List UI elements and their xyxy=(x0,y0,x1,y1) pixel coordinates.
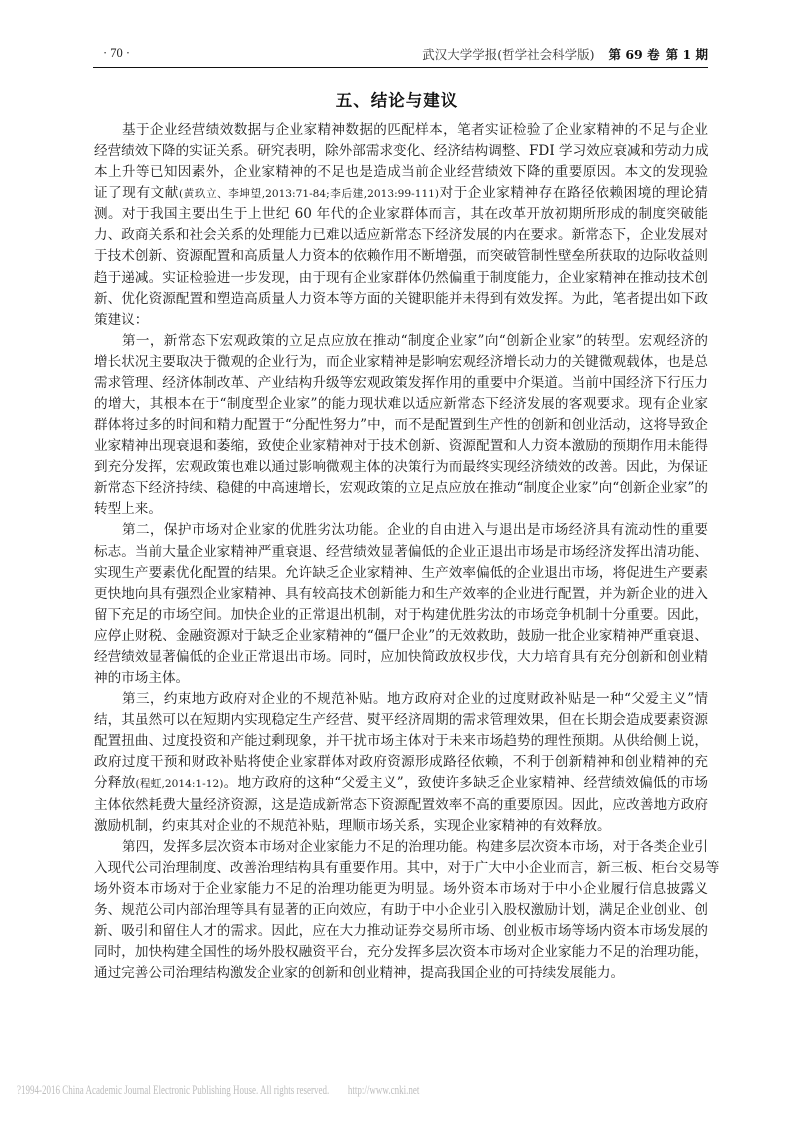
text-segment: 力、政商关系和社会关系的处理能力已难以适应新常态下经济发展的内在要求。新常态下，… xyxy=(94,227,708,243)
text-line: 增长状况主要取决于微观的企业行为，而企业家精神是影响宏观经济增长动力的关键微观载… xyxy=(94,352,708,373)
section-title: 五、结论与建议 xyxy=(0,91,794,111)
text-line: 实现生产要素优化配置的结果。允许缺乏企业家精神、生产效率偏低的企业退出市场，将促… xyxy=(94,563,708,584)
text-segment: 第三，约束地方政府对企业的不规范补贴。地方政府对企业的过度财政补贴是一种“父爱主… xyxy=(122,691,708,707)
text-line: 同时，加快构建全国性的场外股权融资平台，充分发挥多层次资本市场对企业家能力不足的… xyxy=(94,942,708,963)
issue-number: 第 1 期 xyxy=(666,47,708,62)
text-line: 通过完善公司治理结构激发企业家的创新和创业精神，提高我国企业的可持续发展能力。 xyxy=(94,963,708,984)
journal-title: 武汉大学学报(哲学社会科学版) xyxy=(422,47,594,62)
text-line: 第四，发挥多层次资本市场对企业家能力不足的治理功能。构建多层次资本市场，对于各类… xyxy=(94,837,708,858)
copyright-notice: ?1994-2016 China Academic Journal Electr… xyxy=(17,1083,329,1097)
text-line: 分释放(程虹,2014:1-12)。地方政府的这种“父爱主义”，致使许多缺乏企业… xyxy=(94,773,708,794)
text-segment: 。地方政府的这种“父爱主义”，致使许多缺乏企业家精神、经营绩效偏低的市场 xyxy=(223,775,708,791)
text-line: 结，其虽然可以在短期内实现稳定生产经营、熨平经济周期的需求管理效果，但在长期会造… xyxy=(94,710,708,731)
text-segment: 场外资本市场对于企业家能力不足的治理功能更为明显。场外资本市场对于中小企业履行信… xyxy=(94,881,708,897)
text-segment: 留下充足的市场空间。加快企业的正常退出机制，对于构建优胜劣汰的市场竞争机制十分重… xyxy=(94,607,708,623)
text-line: 标志。当前大量企业家精神严重衰退、经营绩效显著偏低的企业正退出市场是市场经济发挥… xyxy=(94,542,708,563)
text-segment: 第四，发挥多层次资本市场对企业家能力不足的治理功能。构建多层次资本市场，对于各类… xyxy=(122,839,708,855)
text-segment: 新、优化资源配置和塑造高质量人力资本等方面的关键职能并未得到有效发挥。为此，笔者… xyxy=(94,291,708,307)
text-segment: 基于企业经营绩效数据与企业家精神数据的匹配样本，笔者实证检验了企业家精神的不足与… xyxy=(122,122,708,138)
text-segment: 配置扭曲、过度投资和产能过剩现象，并干扰市场主体对于未来市场趋势的理性预期。从供… xyxy=(94,733,708,749)
text-line: 基于企业经营绩效数据与企业家精神数据的匹配样本，笔者实证检验了企业家精神的不足与… xyxy=(94,120,708,141)
paragraph: 第一，新常态下宏观政策的立足点应放在推动“制度企业家”向“创新企业家”的转型。宏… xyxy=(94,331,708,521)
text-segment: 务、规范公司内部治理等具有显著的正向效应，有助于中小企业引入股权激励计划，满足企… xyxy=(94,902,708,918)
text-segment: 通过完善公司治理结构激发企业家的创新和创业精神，提高我国企业的可持续发展能力。 xyxy=(94,965,624,981)
text-segment: 实现生产要素优化配置的结果。允许缺乏企业家精神、生产效率偏低的企业退出市场，将促… xyxy=(94,565,708,581)
text-line: 新、吸引和留住人才的需求。因此，应在大力推动证券交易所市场、创业板市场等场内资本… xyxy=(94,921,708,942)
text-line: 的增大，其根本在于“制度型企业家”的能力现状难以适应新常态下经济发展的客观要求。… xyxy=(94,394,708,415)
citation: (程虹,2014:1-12) xyxy=(136,778,224,790)
journal-info: 武汉大学学报(哲学社会科学版)第 69 卷第 1 期 xyxy=(422,45,708,63)
text-segment: 到充分发挥，宏观政策也难以通过影响微观主体的决策行为而最终实现经济绩效的改善。因… xyxy=(94,459,708,475)
text-segment: 业家精神出现衰退和萎缩，致使企业家精神对于技术创新、资源配置和人力资本激励的预期… xyxy=(94,438,708,454)
text-line: 转型上来。 xyxy=(94,499,708,520)
text-line: 政府过度干预和财政补贴将使企业家群体对政府资源形成路径依赖，不利于创新精神和创业… xyxy=(94,752,708,773)
text-line: 入现代公司治理制度、改善治理结构具有重要作用。其中，对于广大中小企业而言，新三板… xyxy=(94,858,708,879)
text-segment: 于技术创新、资源配置和高质量人力资本的依赖作用不断增强，而突破管制性壁垒所获取的… xyxy=(94,248,708,264)
paragraph: 基于企业经营绩效数据与企业家精神数据的匹配样本，笔者实证检验了企业家精神的不足与… xyxy=(94,120,708,331)
footer-url: http://www.cnki.net xyxy=(348,1083,419,1097)
text-segment: 激励机制，约束其对企业的不规范补贴，理顺市场关系，实现企业家精神的有效释放。 xyxy=(94,818,611,834)
text-segment: 转型上来。 xyxy=(94,501,162,517)
text-segment: 入现代公司治理制度、改善治理结构具有重要作用。其中，对于广大中小企业而言，新三板… xyxy=(94,860,719,876)
text-line: 配置扭曲、过度投资和产能过剩现象，并干扰市场主体对于未来市场趋势的理性预期。从供… xyxy=(94,731,708,752)
page-number: · 70 · xyxy=(103,46,130,61)
copyright-footer: ?1994-2016 China Academic Journal Electr… xyxy=(17,1083,419,1098)
text-segment: 测。对于我国主要出生于上世纪 60 年代的企业家群体而言，其在改革开放初期所形成… xyxy=(94,206,708,222)
text-line: 力、政商关系和社会关系的处理能力已难以适应新常态下经济发展的内在要求。新常态下，… xyxy=(94,225,708,246)
text-line: 于技术创新、资源配置和高质量人力资本的依赖作用不断增强，而突破管制性壁垒所获取的… xyxy=(94,246,708,267)
text-segment: 的增大，其根本在于“制度型企业家”的能力现状难以适应新常态下经济发展的客观要求。… xyxy=(94,396,708,412)
text-line: 第二，保护市场对企业家的优胜劣汰功能。企业的自由进入与退出是市场经济具有流动性的… xyxy=(94,520,708,541)
text-segment: 同时，加快构建全国性的场外股权融资平台，充分发挥多层次资本市场对企业家能力不足的… xyxy=(94,944,708,960)
text-line: 第一，新常态下宏观政策的立足点应放在推动“制度企业家”向“创新企业家”的转型。宏… xyxy=(94,331,708,352)
paragraph: 第二，保护市场对企业家的优胜劣汰功能。企业的自由进入与退出是市场经济具有流动性的… xyxy=(94,520,708,689)
text-line: 群体将过多的时间和精力配置于“分配性努力”中，而不是配置到生产性的创新和创业活动… xyxy=(94,415,708,436)
citation: (黄玖立、李坤望,2013:71-84;李后建,2013:99-111) xyxy=(179,188,439,200)
text-line: 神的市场主体。 xyxy=(94,668,708,689)
text-segment: 证了现有文献 xyxy=(94,185,179,201)
text-segment: 本上升等已知因素外，企业家精神的不足也是造成当前企业经营绩效下降的重要原因。本文… xyxy=(94,164,708,180)
text-segment: 群体将过多的时间和精力配置于“分配性努力”中，而不是配置到生产性的创新和创业活动… xyxy=(94,417,708,433)
text-line: 应停止财税、金融资源对于缺乏企业家精神的“僵尸企业”的无效救助，鼓励一批企业家精… xyxy=(94,626,708,647)
text-line: 业家精神出现衰退和萎缩，致使企业家精神对于技术创新、资源配置和人力资本激励的预期… xyxy=(94,436,708,457)
paragraph: 第三，约束地方政府对企业的不规范补贴。地方政府对企业的过度财政补贴是一种“父爱主… xyxy=(94,689,708,837)
text-line: 经营绩效显著偏低的企业正常退出市场。同时，应加快简政放权步伐，大力培育具有充分创… xyxy=(94,647,708,668)
text-segment: 政府过度干预和财政补贴将使企业家群体对政府资源形成路径依赖，不利于创新精神和创业… xyxy=(94,754,708,770)
text-line: 本上升等已知因素外，企业家精神的不足也是造成当前企业经营绩效下降的重要原因。本文… xyxy=(94,162,708,183)
body-text: 基于企业经营绩效数据与企业家精神数据的匹配样本，笔者实证检验了企业家精神的不足与… xyxy=(94,120,708,984)
text-line: 新常态下经济持续、稳健的中高速增长，宏观政策的立足点应放在推动“制度企业家”向“… xyxy=(94,478,708,499)
text-segment: 策建议： xyxy=(94,312,148,328)
text-segment: 需求管理、经济体制改革、产业结构升级等宏观政策发挥作用的重要中介渠道。当前中国经… xyxy=(94,375,708,391)
volume-number: 第 69 卷 xyxy=(608,47,659,62)
text-line: 经营绩效下降的实证关系。研究表明，除外部需求变化、经济结构调整、FDI 学习效应… xyxy=(94,141,708,162)
text-segment: 神的市场主体。 xyxy=(94,670,189,686)
text-segment: 增长状况主要取决于微观的企业行为，而企业家精神是影响宏观经济增长动力的关键微观载… xyxy=(94,354,708,370)
text-segment: 更快地向具有强烈企业家精神、具有较高技术创新能力和生产效率的企业进行配置，并为新… xyxy=(94,586,708,602)
running-header: · 70 · 武汉大学学报(哲学社会科学版)第 69 卷第 1 期 xyxy=(93,44,708,66)
text-segment: 结，其虽然可以在短期内实现稳定生产经营、熨平经济周期的需求管理效果，但在长期会造… xyxy=(94,712,708,728)
text-segment: 新常态下经济持续、稳健的中高速增长，宏观政策的立足点应放在推动“制度企业家”向“… xyxy=(94,480,708,496)
text-line: 趋于递减。实证检验进一步发现，由于现有企业家群体仍然偏重于制度能力，企业家精神在… xyxy=(94,268,708,289)
text-segment: 新、吸引和留住人才的需求。因此，应在大力推动证券交易所市场、创业板市场等场内资本… xyxy=(94,923,708,939)
text-segment: 经营绩效显著偏低的企业正常退出市场。同时，应加快简政放权步伐，大力培育具有充分创… xyxy=(94,649,708,665)
text-line: 第三，约束地方政府对企业的不规范补贴。地方政府对企业的过度财政补贴是一种“父爱主… xyxy=(94,689,708,710)
text-line: 场外资本市场对于企业家能力不足的治理功能更为明显。场外资本市场对于中小企业履行信… xyxy=(94,879,708,900)
text-line: 策建议： xyxy=(94,310,708,331)
text-line: 新、优化资源配置和塑造高质量人力资本等方面的关键职能并未得到有效发挥。为此，笔者… xyxy=(94,289,708,310)
text-line: 需求管理、经济体制改革、产业结构升级等宏观政策发挥作用的重要中介渠道。当前中国经… xyxy=(94,373,708,394)
paragraph: 第四，发挥多层次资本市场对企业家能力不足的治理功能。构建多层次资本市场，对于各类… xyxy=(94,837,708,985)
text-line: 更快地向具有强烈企业家精神、具有较高技术创新能力和生产效率的企业进行配置，并为新… xyxy=(94,584,708,605)
text-segment: 分释放 xyxy=(94,775,136,791)
text-segment: 第一，新常态下宏观政策的立足点应放在推动“制度企业家”向“创新企业家”的转型。宏… xyxy=(122,333,708,349)
text-line: 到充分发挥，宏观政策也难以通过影响微观主体的决策行为而最终实现经济绩效的改善。因… xyxy=(94,457,708,478)
text-line: 测。对于我国主要出生于上世纪 60 年代的企业家群体而言，其在改革开放初期所形成… xyxy=(94,204,708,225)
text-segment: 标志。当前大量企业家精神严重衰退、经营绩效显著偏低的企业正退出市场是市场经济发挥… xyxy=(94,544,708,560)
text-line: 主体依然耗费大量经济资源，这是造成新常态下资源配置效率不高的重要原因。因此，应改… xyxy=(94,795,708,816)
text-segment: 趋于递减。实证检验进一步发现，由于现有企业家群体仍然偏重于制度能力，企业家精神在… xyxy=(94,270,708,286)
text-line: 激励机制，约束其对企业的不规范补贴，理顺市场关系，实现企业家精神的有效释放。 xyxy=(94,816,708,837)
text-segment: 对于企业家精神存在路径依赖困境的理论猜 xyxy=(439,185,708,201)
text-segment: 主体依然耗费大量经济资源，这是造成新常态下资源配置效率不高的重要原因。因此，应改… xyxy=(94,797,708,813)
text-segment: 经营绩效下降的实证关系。研究表明，除外部需求变化、经济结构调整、FDI 学习效应… xyxy=(94,143,709,159)
text-segment: 应停止财税、金融资源对于缺乏企业家精神的“僵尸企业”的无效救助，鼓励一批企业家精… xyxy=(94,628,708,644)
header-rule xyxy=(93,67,708,68)
text-line: 证了现有文献(黄玖立、李坤望,2013:71-84;李后建,2013:99-11… xyxy=(94,183,708,204)
text-segment: 第二，保护市场对企业家的优胜劣汰功能。企业的自由进入与退出是市场经济具有流动性的… xyxy=(122,522,708,538)
text-line: 留下充足的市场空间。加快企业的正常退出机制，对于构建优胜劣汰的市场竞争机制十分重… xyxy=(94,605,708,626)
text-line: 务、规范公司内部治理等具有显著的正向效应，有助于中小企业引入股权激励计划，满足企… xyxy=(94,900,708,921)
